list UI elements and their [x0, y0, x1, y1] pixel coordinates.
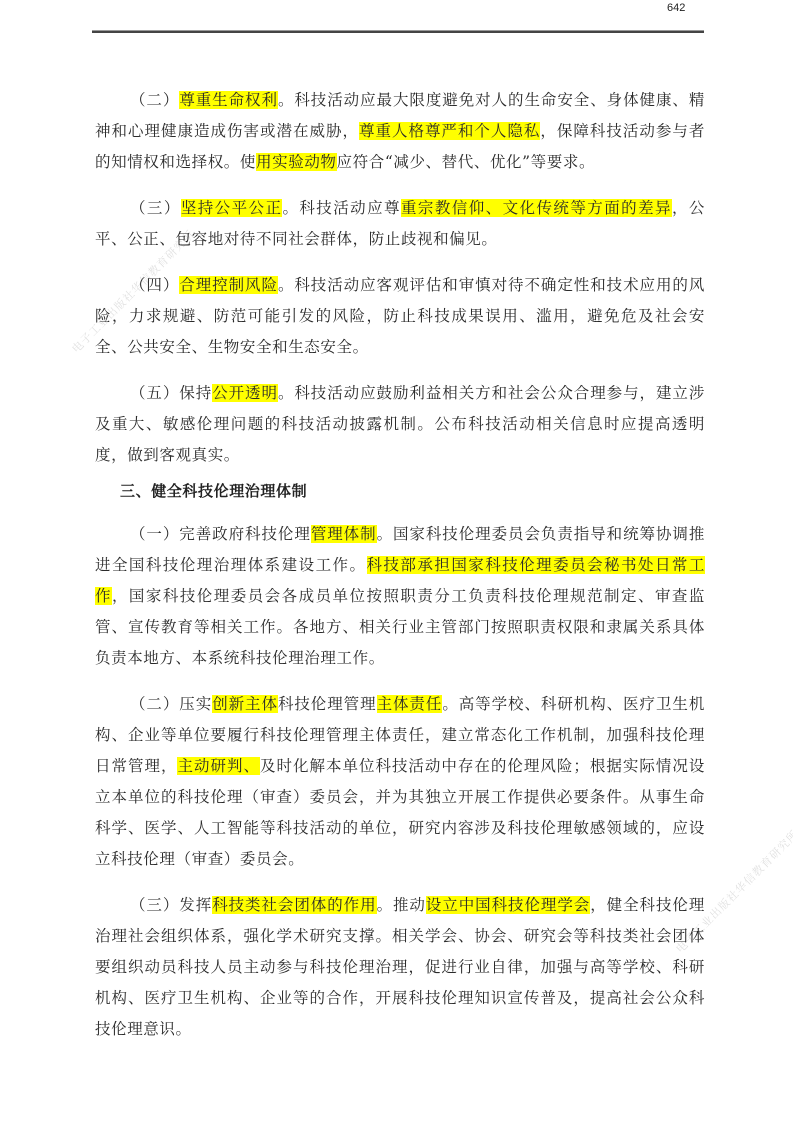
- paragraph-government-system: （一）完善政府科技伦理管理体制。国家科技伦理委员会负责指导和统筹协调推进全国科技…: [95, 519, 705, 674]
- highlighted-text: 用实验动物: [256, 153, 337, 171]
- text-segment: （二）压实: [130, 695, 212, 713]
- highlighted-text: 坚持公平公正: [181, 199, 283, 217]
- paragraph-risk-control: （四）合理控制风险。科技活动应客观评估和审慎对待不确定性和技术应用的风险，力求规…: [95, 270, 705, 363]
- text-segment: （一）完善政府科技伦理: [130, 525, 311, 543]
- highlighted-text: 主体责任: [377, 695, 443, 713]
- text-segment: ，健全科技伦理治理社会组织体系，强化学术研究支撑。相关学会、协会、研究会等科技类…: [95, 896, 705, 1038]
- highlighted-text: 尊重人格尊严和个人隐私: [359, 122, 540, 140]
- header-rule: [92, 30, 704, 33]
- text-segment: 科技伦理管理: [278, 695, 377, 713]
- highlighted-text: 科技类社会团体的作用: [212, 896, 376, 914]
- text-segment: （五）保持: [130, 384, 212, 402]
- page-number: 642: [667, 2, 685, 14]
- paragraph-respect-life: （二）尊重生命权利。科技活动应最大限度避免对人的生命安全、身体健康、精神和心理健…: [95, 85, 705, 178]
- highlighted-text: 创新主体: [212, 695, 278, 713]
- highlighted-text: 尊重生命权利: [179, 91, 278, 109]
- paragraph-fairness: （三）坚持公平公正。科技活动应尊重宗教信仰、文化传统等方面的差异，公平、公正、包…: [95, 193, 705, 255]
- paragraph-social-groups: （三）发挥科技类社会团体的作用。推动设立中国科技伦理学会，健全科技伦理治理社会组…: [95, 890, 705, 1045]
- text-segment: 。科技活动应尊: [282, 199, 401, 217]
- text-segment: 。推动: [377, 896, 426, 914]
- text-segment: （三）: [130, 199, 181, 217]
- text-segment: 应符合“减少、替代、优化”等要求。: [337, 153, 596, 171]
- highlighted-text: 主动研判、: [177, 757, 259, 775]
- highlighted-text: 设立中国科技伦理学会: [426, 896, 590, 914]
- section-heading: 三、健全科技伦理治理体制: [95, 476, 705, 507]
- text-segment: （三）发挥: [130, 896, 212, 914]
- paragraph-transparency: （五）保持公开透明。科技活动应鼓励利益相关方和社会公众合理参与，建立涉及重大、敏…: [95, 378, 705, 471]
- text-segment: （二）: [130, 91, 179, 109]
- text-segment: ，国家科技伦理委员会各成员单位按照职责分工负责科技伦理规范制定、审查监管、宣传教…: [95, 587, 705, 667]
- highlighted-text: 合理控制风险: [179, 276, 278, 294]
- highlighted-text: 管理体制: [311, 525, 377, 543]
- paragraph-innovation-subject: （二）压实创新主体科技伦理管理主体责任。高等学校、科研机构、医疗卫生机构、企业等…: [95, 689, 705, 875]
- highlighted-text: 重宗教信仰、文化传统等方面的差异: [401, 199, 672, 217]
- highlighted-text: 公开透明: [212, 384, 278, 402]
- document-body: （二）尊重生命权利。科技活动应最大限度避免对人的生命安全、身体健康、精神和心理健…: [95, 85, 705, 1060]
- text-segment: （四）: [130, 276, 179, 294]
